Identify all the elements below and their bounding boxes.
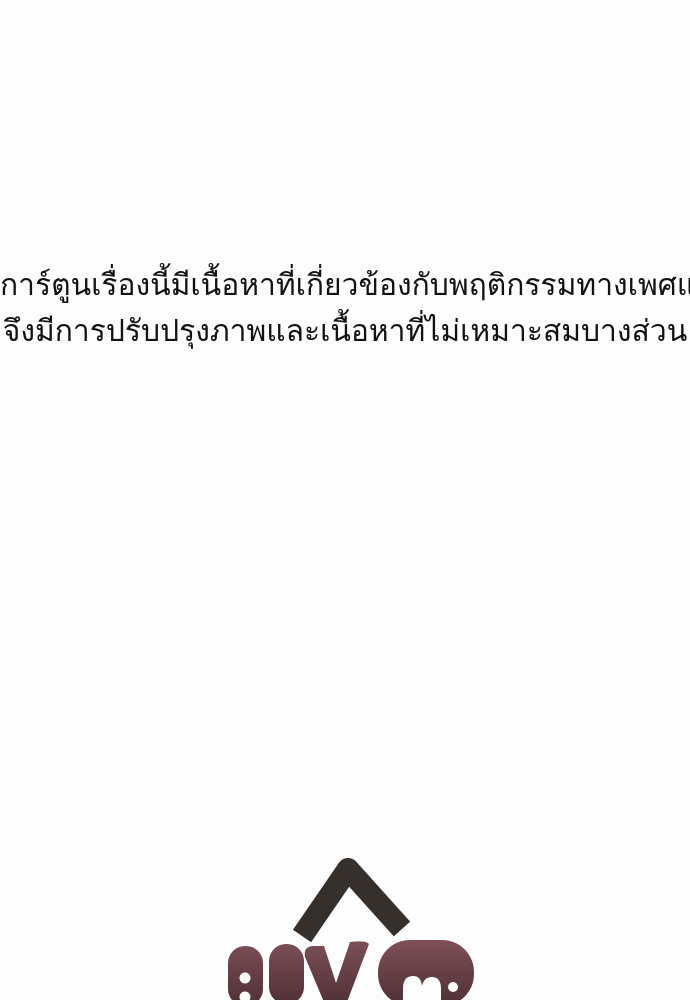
- webtoon-warning-page: การ์ตูนเรื่องนี้มีเนื้อหาที่เกี่ยวข้องกั…: [0, 0, 690, 1000]
- content-warning-text: การ์ตูนเรื่องนี้มีเนื้อหาที่เกี่ยวข้องกั…: [0, 263, 690, 355]
- logo-letters-partial: [228, 940, 474, 1000]
- series-title-logo-partial: [0, 0, 690, 1000]
- content-warning-line-1: การ์ตูนเรื่องนี้มีเนื้อหาที่เกี่ยวข้องกั…: [0, 263, 690, 309]
- content-warning-line-2: จึงมีการปรับปรุงภาพและเนื้อหาที่ไม่เหมาะ…: [0, 309, 690, 355]
- logo-chevron-icon: [302, 869, 402, 936]
